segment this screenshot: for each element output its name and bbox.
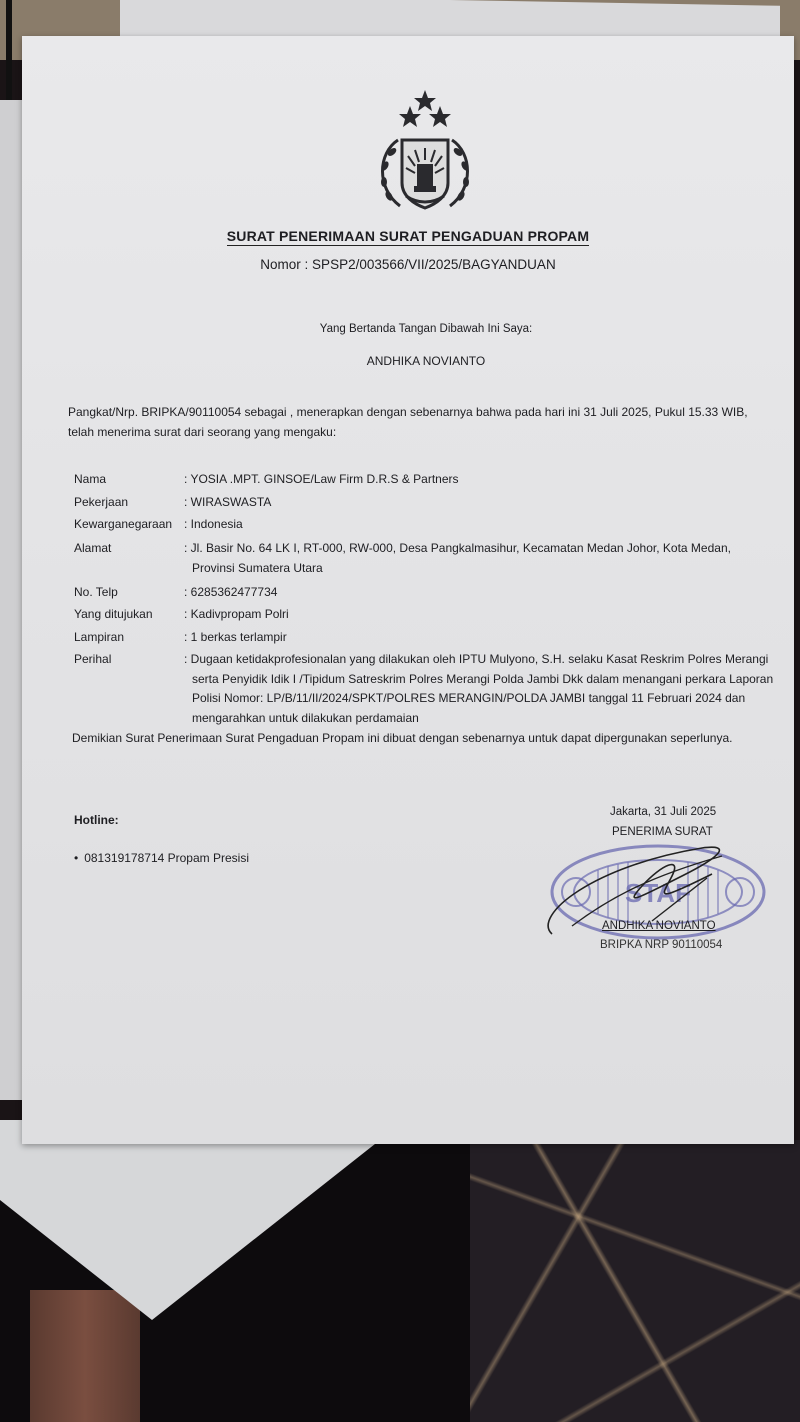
field-label: Perihal [74, 648, 184, 728]
document-number: Nomor : SPSP2/003566/VII/2025/BAGYANDUAN [22, 257, 794, 272]
complainant-fields: Nama : YOSIA .MPT. GINSOE/Law Firm D.R.S… [74, 468, 774, 728]
field-value: : Kadivpropam Polri [184, 603, 774, 626]
field-value: : 1 berkas terlampir [184, 626, 774, 649]
signature-place-date: Jakarta, 31 Juli 2025 [610, 806, 716, 818]
field-label: No. Telp [74, 581, 184, 604]
field-value-text: : Jl. Basir No. 64 LK I, RT-000, RW-000,… [184, 538, 774, 578]
field-row-ditujukan: Yang ditujukan : Kadivpropam Polri [74, 603, 774, 626]
closing-statement: Demikian Surat Penerimaan Surat Pengadua… [72, 731, 792, 745]
field-value: : 6285362477734 [184, 581, 774, 604]
signer-name: ANDHIKA NOVIANTO [22, 354, 800, 368]
hotline-label: Hotline: [74, 813, 119, 827]
field-row-telp: No. Telp : 6285362477734 [74, 581, 774, 604]
field-label: Lampiran [74, 626, 184, 649]
document-title: SURAT PENERIMAAN SURAT PENGADUAN PROPAM [22, 228, 794, 244]
field-label: Kewarganegaraan [74, 513, 184, 536]
field-value-text: : Dugaan ketidakprofesionalan yang dilak… [184, 650, 774, 728]
background-wood [30, 1290, 140, 1422]
field-row-pekerjaan: Pekerjaan : WIRASWASTA [74, 491, 774, 514]
field-row-alamat: Alamat : Jl. Basir No. 64 LK I, RT-000, … [74, 536, 774, 581]
hotline-number: 081319178714 Propam Presisi [84, 851, 249, 865]
field-value: : Indonesia [184, 513, 774, 536]
signature-name: ANDHIKA NOVIANTO [602, 920, 716, 932]
field-label: Yang ditujukan [74, 603, 184, 626]
bullet-icon: • [74, 851, 78, 865]
field-row-lampiran: Lampiran : 1 berkas terlampir [74, 626, 774, 649]
field-row-perihal: Perihal : Dugaan ketidakprofesionalan ya… [74, 648, 774, 728]
field-value: : Dugaan ketidakprofesionalan yang dilak… [184, 648, 774, 728]
field-label: Alamat [74, 538, 184, 578]
hotline-item: •081319178714 Propam Presisi [74, 851, 249, 865]
field-value: : Jl. Basir No. 64 LK I, RT-000, RW-000,… [184, 538, 774, 578]
signature-nrp: BRIPKA NRP 90110054 [600, 939, 722, 951]
field-row-nama: Nama : YOSIA .MPT. GINSOE/Law Firm D.R.S… [74, 468, 774, 491]
document-sheet: SURAT PENERIMAAN SURAT PENGADUAN PROPAM … [22, 36, 794, 1144]
field-label: Nama [74, 468, 184, 491]
field-value: : WIRASWASTA [184, 491, 774, 514]
intro-line: Yang Bertanda Tangan Dibawah Ini Saya: [22, 323, 800, 335]
field-value: : YOSIA .MPT. GINSOE/Law Firm D.R.S & Pa… [184, 468, 774, 491]
statement-paragraph: Pangkat/Nrp. BRIPKA/90110054 sebagai , m… [68, 402, 758, 442]
field-row-kewarganegaraan: Kewarganegaraan : Indonesia [74, 513, 774, 536]
field-label: Pekerjaan [74, 491, 184, 514]
background-marble-fabric [470, 1140, 800, 1422]
police-emblem-icon [370, 88, 480, 213]
